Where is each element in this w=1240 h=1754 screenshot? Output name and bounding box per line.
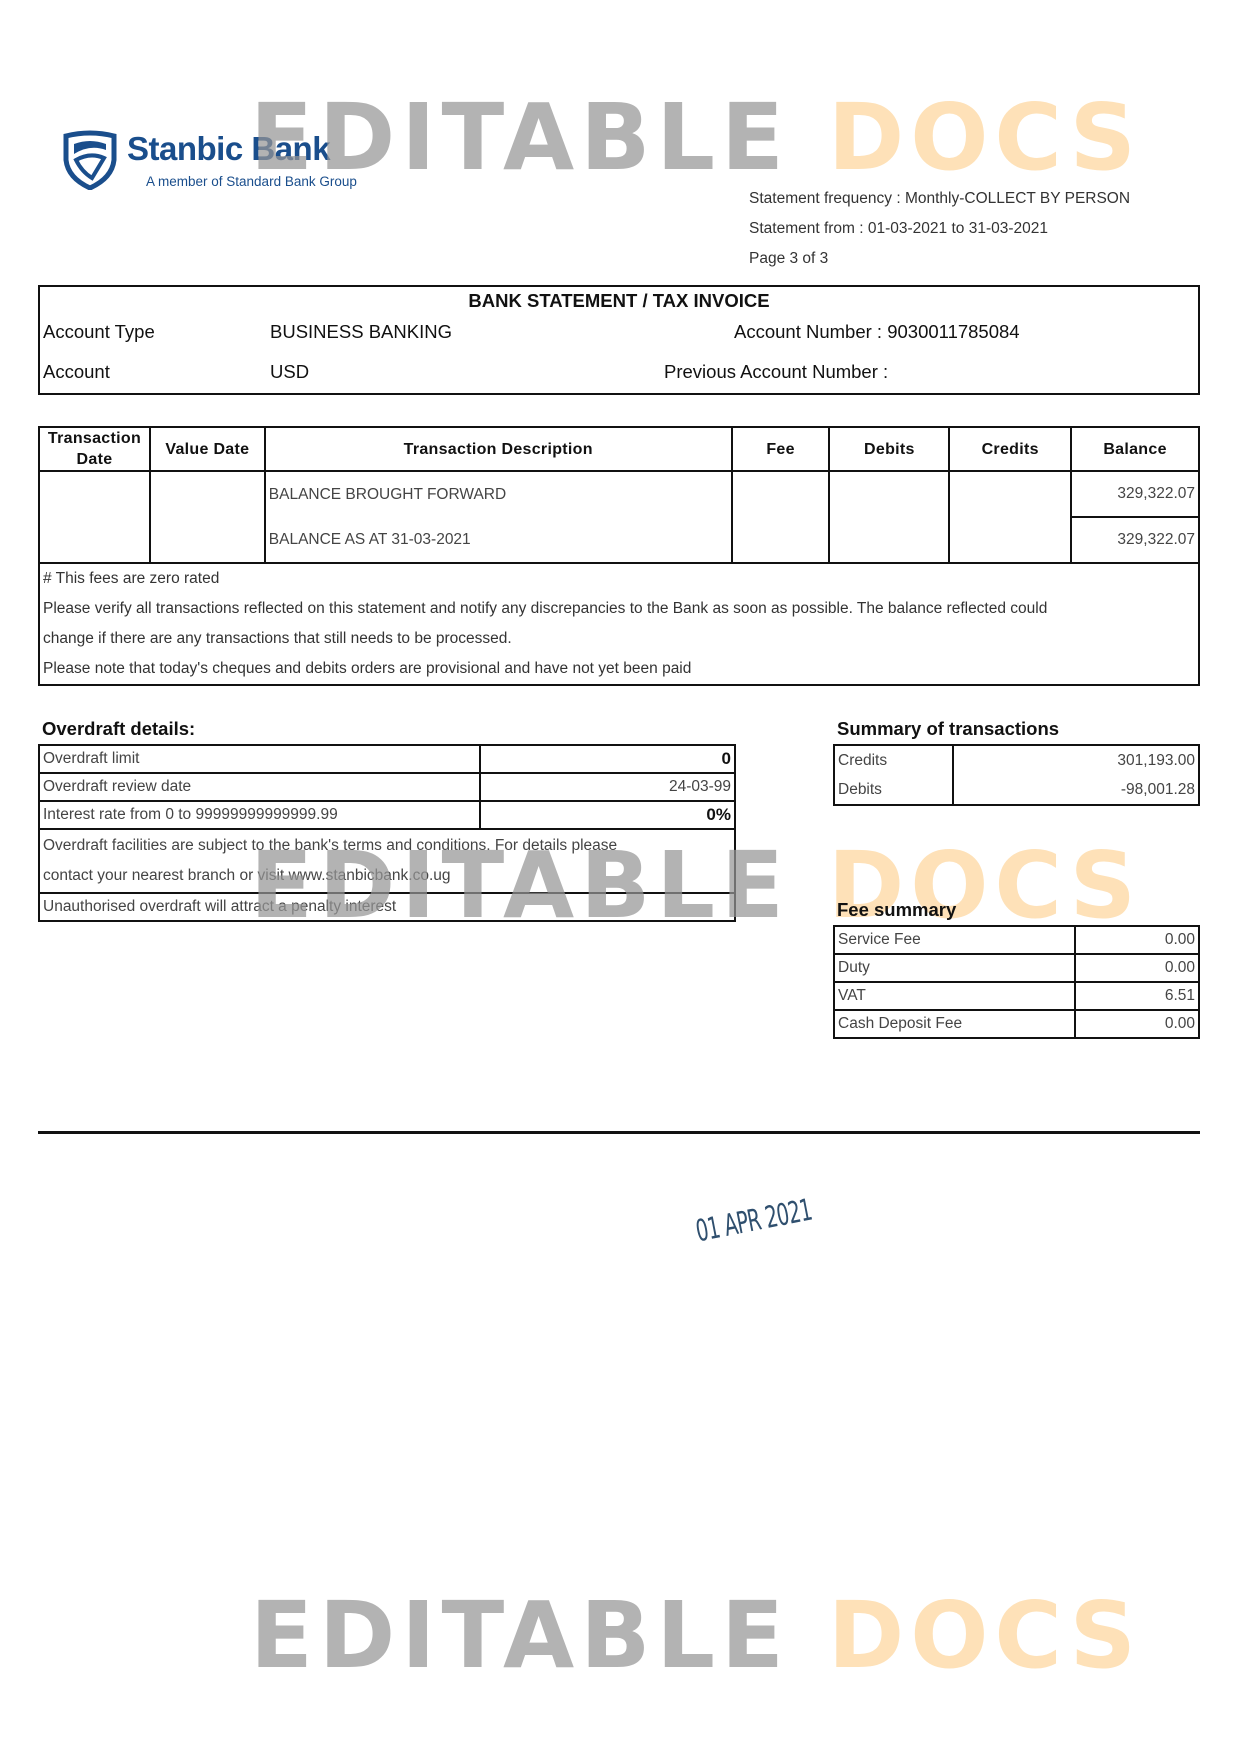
statement-info: Statement frequency : Monthly-COLLECT BY… <box>749 184 1130 274</box>
watermark-part1: EDITABLE <box>250 832 790 939</box>
fee-summary-title: Fee summary <box>837 899 956 921</box>
fee-label: VAT <box>834 982 1075 1010</box>
col-description: Transaction Description <box>265 427 732 471</box>
fee-value: 0.00 <box>1075 1010 1199 1038</box>
document-title: BANK STATEMENT / TAX INVOICE <box>40 290 1198 312</box>
col-debits: Debits <box>829 427 949 471</box>
table-row: Credits 301,193.00 <box>834 745 1199 775</box>
fee-value: 0.00 <box>1075 926 1199 954</box>
fee-summary-table: Service Fee 0.00 Duty 0.00 VAT 6.51 Cash… <box>833 925 1200 1039</box>
note-provisional: Please note that today's cheques and deb… <box>43 654 1195 684</box>
watermark-part2: DOCS <box>828 832 1142 939</box>
table-row: Service Fee 0.00 <box>834 926 1199 954</box>
transactions-table: Transaction Date Value Date Transaction … <box>38 426 1200 564</box>
col-transaction-date: Transaction Date <box>39 427 150 471</box>
overdraft-limit-label: Overdraft limit <box>39 745 480 773</box>
summary-credits-value: 301,193.00 <box>953 745 1199 775</box>
summary-title: Summary of transactions <box>837 718 1059 740</box>
table-row: Cash Deposit Fee 0.00 <box>834 1010 1199 1038</box>
page-number: Page 3 of 3 <box>749 244 1130 274</box>
watermark: EDITABLEDOCS <box>250 92 1142 184</box>
watermark: EDITABLEDOCS <box>250 1590 1142 1682</box>
note-verify: Please verify all transactions reflected… <box>43 594 1195 624</box>
cell-transaction-date <box>39 471 150 563</box>
cell-balance: 329,322.07 <box>1071 517 1199 563</box>
overdraft-title: Overdraft details: <box>42 718 195 740</box>
watermark-part2: DOCS <box>828 1582 1142 1689</box>
overdraft-limit-value: 0 <box>480 745 735 773</box>
cell-description: BALANCE BROUGHT FORWARD <box>266 472 731 517</box>
fee-label: Service Fee <box>834 926 1075 954</box>
cell-balance: 329,322.07 <box>1071 471 1199 517</box>
table-row: Overdraft limit 0 <box>39 745 735 773</box>
statement-period: Statement from : 01-03-2021 to 31-03-202… <box>749 214 1130 244</box>
col-credits: Credits <box>949 427 1071 471</box>
footer-divider <box>38 1131 1200 1134</box>
table-header-row: Transaction Date Value Date Transaction … <box>39 427 1199 471</box>
account-type-value: BUSINESS BANKING <box>270 321 452 343</box>
col-value-date: Value Date <box>150 427 265 471</box>
watermark-part1: EDITABLE <box>250 1582 790 1689</box>
summary-table: Credits 301,193.00 Debits -98,001.28 <box>833 744 1200 806</box>
table-row: VAT 6.51 <box>834 982 1199 1010</box>
account-type-label: Account Type <box>43 321 155 343</box>
cell-fee <box>732 471 830 563</box>
cell-credits <box>949 471 1071 563</box>
note-verify-cont: change if there are any transactions tha… <box>43 624 1195 654</box>
statement-frequency: Statement frequency : Monthly-COLLECT BY… <box>749 184 1130 214</box>
table-row: Interest rate from 0 to 99999999999999.9… <box>39 801 735 829</box>
account-number: Account Number : 9030011785084 <box>734 321 1020 343</box>
fee-label: Duty <box>834 954 1075 982</box>
summary-debits-value: -98,001.28 <box>953 775 1199 805</box>
table-row: BALANCE BROUGHT FORWARD BALANCE AS AT 31… <box>39 471 1199 517</box>
cell-value-date <box>150 471 265 563</box>
shield-logo-icon <box>62 130 118 190</box>
table-row: Overdraft review date 24-03-99 <box>39 773 735 801</box>
previous-account-number: Previous Account Number : <box>664 361 888 383</box>
summary-credits-label: Credits <box>834 745 953 775</box>
overdraft-review-date-value: 24-03-99 <box>480 773 735 801</box>
col-balance: Balance <box>1071 427 1199 471</box>
account-details-box: BANK STATEMENT / TAX INVOICE Account Typ… <box>38 285 1200 395</box>
cell-debits <box>829 471 949 563</box>
watermark-part2: DOCS <box>828 84 1142 191</box>
fee-value: 6.51 <box>1075 982 1199 1010</box>
table-row: Duty 0.00 <box>834 954 1199 982</box>
overdraft-review-date-label: Overdraft review date <box>39 773 480 801</box>
table-row: Debits -98,001.28 <box>834 775 1199 805</box>
statement-notes: # This fees are zero rated Please verify… <box>38 564 1200 686</box>
watermark-part1: EDITABLE <box>250 84 790 191</box>
fee-label: Cash Deposit Fee <box>834 1010 1075 1038</box>
date-stamp: 01 APR 2021 <box>693 1193 815 1250</box>
fee-value: 0.00 <box>1075 954 1199 982</box>
watermark: EDITABLEDOCS <box>250 840 1142 932</box>
interest-rate-label: Interest rate from 0 to 99999999999999.9… <box>39 801 480 829</box>
summary-debits-label: Debits <box>834 775 953 805</box>
account-currency: USD <box>270 361 309 383</box>
account-label: Account <box>43 361 110 383</box>
note-zero-rated: # This fees are zero rated <box>43 564 1195 594</box>
cell-description-group: BALANCE BROUGHT FORWARD BALANCE AS AT 31… <box>265 471 732 563</box>
col-fee: Fee <box>732 427 830 471</box>
interest-rate-value: 0% <box>480 801 735 829</box>
cell-description: BALANCE AS AT 31-03-2021 <box>266 517 731 562</box>
